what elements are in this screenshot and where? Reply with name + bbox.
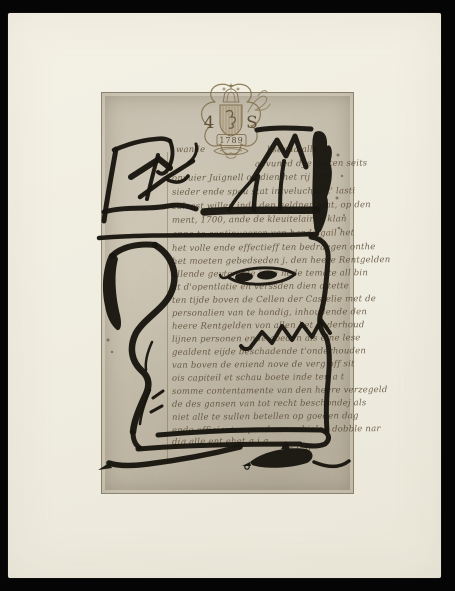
brush-frame-mark [133,237,329,449]
artwork-photo: { "artwork": { "background_color": "#050… [0,0,455,591]
brush-eye-mark [220,268,295,284]
brush-strokes-overlay [0,0,455,591]
brush-s-curve-mark [103,244,174,432]
brush-right-blob-mark [312,131,345,233]
brush-m-mark [229,136,306,210]
brush-comb-mark [241,320,330,349]
